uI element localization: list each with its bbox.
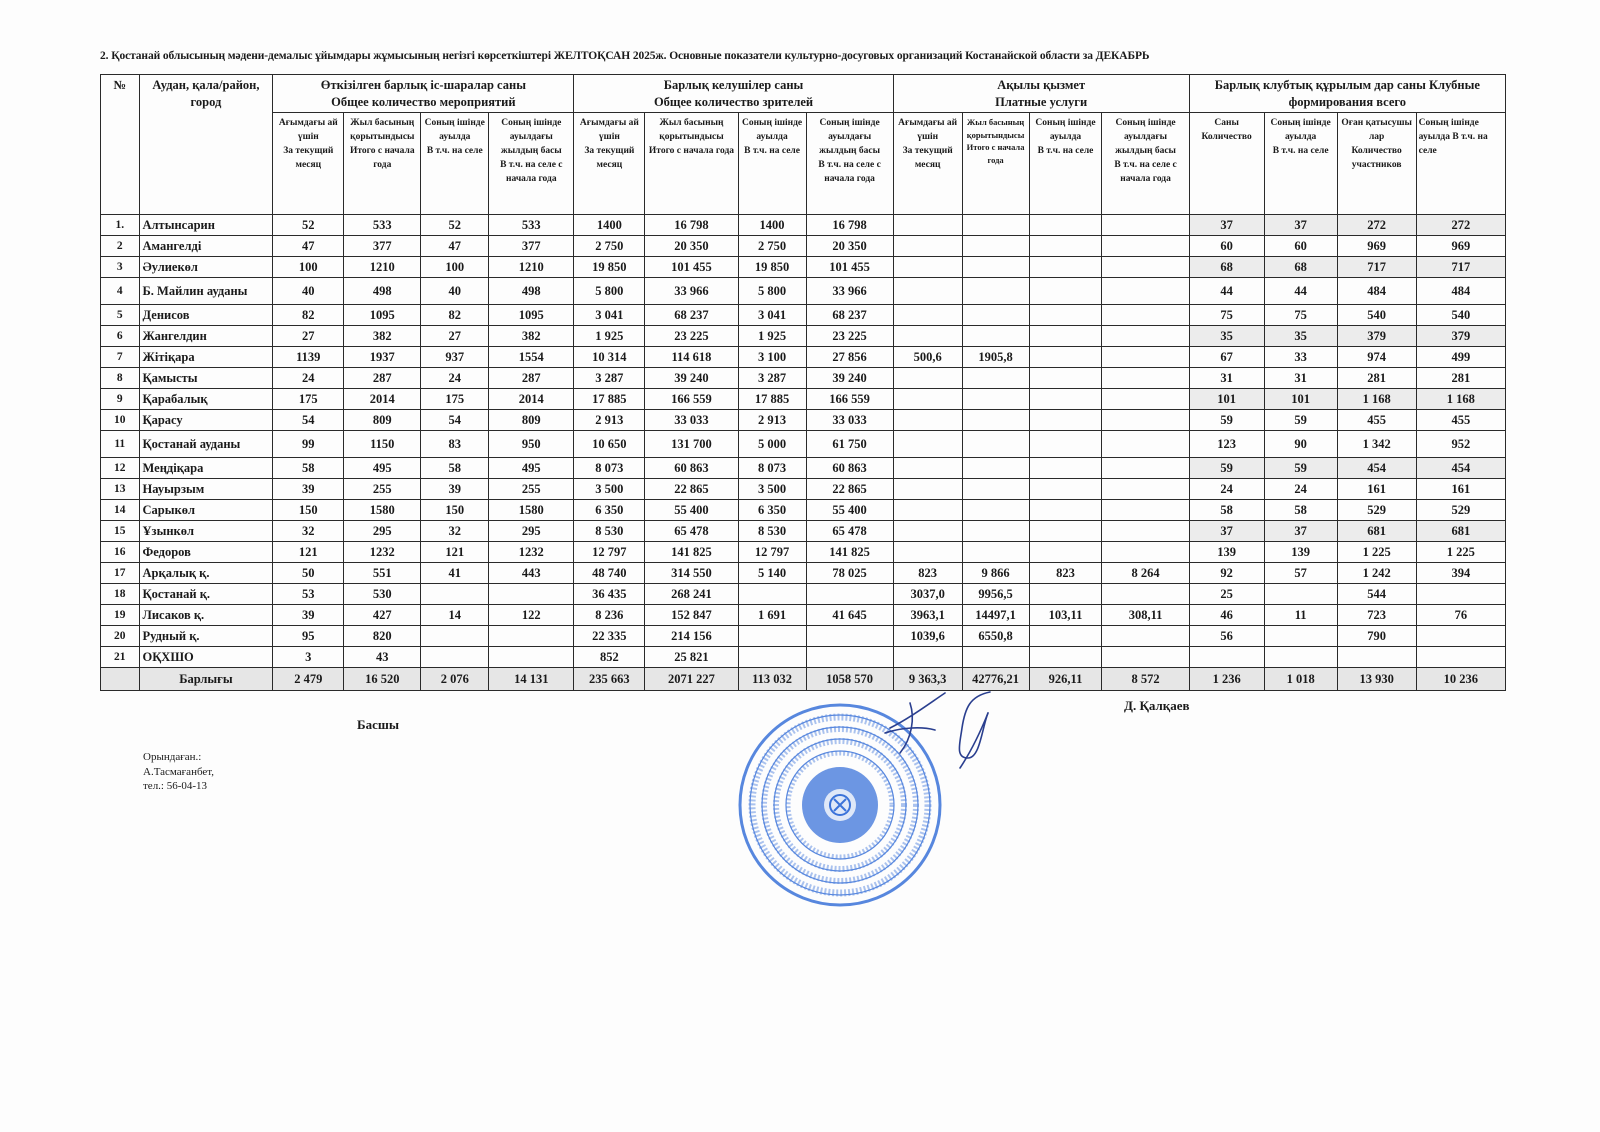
data-cell: 68 bbox=[1189, 257, 1264, 278]
data-cell: 3 500 bbox=[738, 479, 806, 500]
data-cell: 25 bbox=[1189, 584, 1264, 605]
data-cell bbox=[1029, 368, 1102, 389]
data-cell bbox=[893, 278, 962, 305]
row-number: 11 bbox=[101, 431, 140, 458]
indicators-table: № Аудан, қала/район, город Өткізілген ба… bbox=[100, 74, 1506, 691]
data-cell bbox=[738, 584, 806, 605]
data-cell bbox=[962, 215, 1029, 236]
data-cell: 3 041 bbox=[738, 305, 806, 326]
data-cell: 122 bbox=[489, 605, 574, 626]
data-cell: 3 287 bbox=[738, 368, 806, 389]
data-cell: 281 bbox=[1416, 368, 1505, 389]
total-row: Барлығы2 47916 5202 07614 131235 6632071… bbox=[101, 668, 1506, 691]
data-cell: 22 865 bbox=[806, 479, 893, 500]
data-cell: 1400 bbox=[738, 215, 806, 236]
data-cell: 455 bbox=[1337, 410, 1416, 431]
data-cell bbox=[1029, 278, 1102, 305]
data-cell: 61 750 bbox=[806, 431, 893, 458]
data-cell: 39 240 bbox=[806, 368, 893, 389]
data-cell bbox=[806, 626, 893, 647]
data-cell: 1139 bbox=[273, 347, 344, 368]
data-cell: 39 bbox=[273, 479, 344, 500]
col-no: № bbox=[101, 75, 140, 215]
data-cell: 10 650 bbox=[574, 431, 645, 458]
data-cell bbox=[1102, 626, 1189, 647]
col-clubs-rural: Соның ішінде ауылда В т.ч. на селе bbox=[1264, 113, 1337, 215]
data-cell bbox=[893, 458, 962, 479]
data-cell: 39 240 bbox=[645, 368, 738, 389]
data-cell: 2 750 bbox=[738, 236, 806, 257]
group-paid-services: Ақылы қызмет Платные услуги bbox=[893, 75, 1189, 113]
data-cell bbox=[1416, 626, 1505, 647]
data-cell: 20 350 bbox=[806, 236, 893, 257]
data-cell: 1095 bbox=[489, 305, 574, 326]
data-cell bbox=[1264, 584, 1337, 605]
data-cell bbox=[421, 647, 489, 668]
data-cell bbox=[806, 647, 893, 668]
row-number: 5 bbox=[101, 305, 140, 326]
table-row: 16Федоров1211232121123212 797141 82512 7… bbox=[101, 542, 1506, 563]
data-cell: 3 287 bbox=[574, 368, 645, 389]
data-cell bbox=[1029, 236, 1102, 257]
data-cell: 287 bbox=[344, 368, 421, 389]
data-cell: 54 bbox=[273, 410, 344, 431]
total-cell: 10 236 bbox=[1416, 668, 1505, 691]
data-cell: 33 966 bbox=[645, 278, 738, 305]
data-cell bbox=[489, 647, 574, 668]
data-cell bbox=[806, 584, 893, 605]
row-number: 3 bbox=[101, 257, 140, 278]
district-name: Арқалық қ. bbox=[139, 563, 273, 584]
row-number: 18 bbox=[101, 584, 140, 605]
data-cell: 974 bbox=[1337, 347, 1416, 368]
data-cell: 382 bbox=[489, 326, 574, 347]
data-cell: 268 241 bbox=[645, 584, 738, 605]
data-cell: 809 bbox=[344, 410, 421, 431]
data-cell bbox=[962, 368, 1029, 389]
data-cell: 950 bbox=[489, 431, 574, 458]
data-cell: 2014 bbox=[489, 389, 574, 410]
table-row: 14Сарыкөл150158015015806 35055 4006 3505… bbox=[101, 500, 1506, 521]
data-cell: 47 bbox=[421, 236, 489, 257]
data-cell: 377 bbox=[489, 236, 574, 257]
district-name: Қамысты bbox=[139, 368, 273, 389]
data-cell: 100 bbox=[273, 257, 344, 278]
data-cell bbox=[1029, 215, 1102, 236]
row-number: 2 bbox=[101, 236, 140, 257]
data-cell: 161 bbox=[1337, 479, 1416, 500]
data-cell: 16 798 bbox=[645, 215, 738, 236]
data-cell: 1095 bbox=[344, 305, 421, 326]
data-cell: 969 bbox=[1337, 236, 1416, 257]
data-cell: 25 821 bbox=[645, 647, 738, 668]
data-cell bbox=[489, 626, 574, 647]
data-cell bbox=[893, 410, 962, 431]
data-cell bbox=[962, 278, 1029, 305]
data-cell: 17 885 bbox=[574, 389, 645, 410]
data-cell bbox=[1029, 500, 1102, 521]
data-cell: 681 bbox=[1416, 521, 1505, 542]
district-name: ОҚХШО bbox=[139, 647, 273, 668]
data-cell: 5 800 bbox=[738, 278, 806, 305]
data-cell: 823 bbox=[893, 563, 962, 584]
data-cell: 11 bbox=[1264, 605, 1337, 626]
data-cell: 41 645 bbox=[806, 605, 893, 626]
data-cell: 60 863 bbox=[645, 458, 738, 479]
data-cell: 1232 bbox=[344, 542, 421, 563]
row-number: 21 bbox=[101, 647, 140, 668]
data-cell: 6550,8 bbox=[962, 626, 1029, 647]
data-cell bbox=[1102, 389, 1189, 410]
data-cell: 823 bbox=[1029, 563, 1102, 584]
row-number: 4 bbox=[101, 278, 140, 305]
data-cell: 101 bbox=[1264, 389, 1337, 410]
data-cell: 43 bbox=[344, 647, 421, 668]
data-cell: 19 850 bbox=[574, 257, 645, 278]
data-cell bbox=[893, 389, 962, 410]
data-cell bbox=[1102, 278, 1189, 305]
data-cell: 427 bbox=[344, 605, 421, 626]
data-cell: 150 bbox=[273, 500, 344, 521]
data-cell: 8 236 bbox=[574, 605, 645, 626]
data-cell: 23 225 bbox=[645, 326, 738, 347]
data-cell: 1 242 bbox=[1337, 563, 1416, 584]
data-cell bbox=[1416, 584, 1505, 605]
table-row: 7Жітіқара11391937937155410 314114 6183 1… bbox=[101, 347, 1506, 368]
data-cell bbox=[1029, 257, 1102, 278]
data-cell: 287 bbox=[489, 368, 574, 389]
table-row: 9Қарабалық1752014175201417 885166 55917 … bbox=[101, 389, 1506, 410]
data-cell: 82 bbox=[421, 305, 489, 326]
district-name: Меңдіқара bbox=[139, 458, 273, 479]
row-number: 17 bbox=[101, 563, 140, 584]
data-cell: 47 bbox=[273, 236, 344, 257]
table-row: 21ОҚХШО34385225 821 bbox=[101, 647, 1506, 668]
data-cell: 377 bbox=[344, 236, 421, 257]
data-cell bbox=[1102, 500, 1189, 521]
data-cell: 56 bbox=[1189, 626, 1264, 647]
data-cell: 59 bbox=[1189, 410, 1264, 431]
district-name: Қарасу bbox=[139, 410, 273, 431]
data-cell: 8 530 bbox=[738, 521, 806, 542]
data-cell bbox=[489, 584, 574, 605]
data-cell: 1 168 bbox=[1337, 389, 1416, 410]
data-cell: 175 bbox=[421, 389, 489, 410]
data-cell: 58 bbox=[421, 458, 489, 479]
district-name: Жітіқара bbox=[139, 347, 273, 368]
data-cell bbox=[1102, 347, 1189, 368]
data-cell bbox=[962, 326, 1029, 347]
data-cell bbox=[1416, 647, 1505, 668]
data-cell bbox=[893, 500, 962, 521]
data-cell: 24 bbox=[273, 368, 344, 389]
data-cell: 121 bbox=[421, 542, 489, 563]
data-cell bbox=[962, 410, 1029, 431]
row-number: 13 bbox=[101, 479, 140, 500]
row-number: 10 bbox=[101, 410, 140, 431]
col-events-rural-ytd: Соның ішінде ауылдағы жылдың басы В т.ч.… bbox=[489, 113, 574, 215]
data-cell: 100 bbox=[421, 257, 489, 278]
data-cell: 272 bbox=[1416, 215, 1505, 236]
total-cell: 13 930 bbox=[1337, 668, 1416, 691]
data-cell bbox=[893, 542, 962, 563]
table-row: 12Меңдіқара58495584958 07360 8638 07360 … bbox=[101, 458, 1506, 479]
data-cell bbox=[738, 626, 806, 647]
data-cell: 2014 bbox=[344, 389, 421, 410]
data-cell: 31 bbox=[1189, 368, 1264, 389]
col-visitors-month: Ағымдағы ай үшін За текущий месяц bbox=[574, 113, 645, 215]
data-cell: 131 700 bbox=[645, 431, 738, 458]
data-cell: 1554 bbox=[489, 347, 574, 368]
data-cell: 33 966 bbox=[806, 278, 893, 305]
data-cell: 529 bbox=[1337, 500, 1416, 521]
data-cell bbox=[1102, 368, 1189, 389]
data-cell: 32 bbox=[273, 521, 344, 542]
col-events-ytd: Жыл басының қорытындысы Итого с начала г… bbox=[344, 113, 421, 215]
data-cell bbox=[1102, 431, 1189, 458]
district-name: Әулиекөл bbox=[139, 257, 273, 278]
data-cell: 101 455 bbox=[806, 257, 893, 278]
data-cell: 139 bbox=[1264, 542, 1337, 563]
data-cell bbox=[893, 479, 962, 500]
data-cell: 281 bbox=[1337, 368, 1416, 389]
data-cell: 1232 bbox=[489, 542, 574, 563]
data-cell: 24 bbox=[1189, 479, 1264, 500]
table-row: 4Б. Майлин ауданы40498404985 80033 9665 … bbox=[101, 278, 1506, 305]
data-cell: 166 559 bbox=[806, 389, 893, 410]
data-cell: 3 bbox=[273, 647, 344, 668]
data-cell: 141 825 bbox=[645, 542, 738, 563]
data-cell bbox=[1029, 521, 1102, 542]
data-cell bbox=[421, 626, 489, 647]
data-cell bbox=[1102, 236, 1189, 257]
data-cell bbox=[893, 236, 962, 257]
data-cell: 3 100 bbox=[738, 347, 806, 368]
data-cell: 969 bbox=[1416, 236, 1505, 257]
data-cell: 166 559 bbox=[645, 389, 738, 410]
group-events: Өткізілген барлық іс-шаралар саны Общее … bbox=[273, 75, 574, 113]
data-cell: 498 bbox=[489, 278, 574, 305]
col-clubs-participants: Оған қатысушы лар Количество участников bbox=[1337, 113, 1416, 215]
table-row: 6Жангелдин27382273821 92523 2251 92523 2… bbox=[101, 326, 1506, 347]
data-cell: 27 856 bbox=[806, 347, 893, 368]
executor-block: Орындаған.: А.Тасмағанбет, тел.: 56-04-1… bbox=[143, 750, 214, 794]
total-cell: 926,11 bbox=[1029, 668, 1102, 691]
data-cell: 529 bbox=[1416, 500, 1505, 521]
col-district: Аудан, қала/район, город bbox=[139, 75, 273, 215]
data-cell: 5 140 bbox=[738, 563, 806, 584]
data-cell: 214 156 bbox=[645, 626, 738, 647]
data-cell: 60 863 bbox=[806, 458, 893, 479]
data-cell: 90 bbox=[1264, 431, 1337, 458]
data-cell bbox=[421, 584, 489, 605]
data-cell: 76 bbox=[1416, 605, 1505, 626]
data-cell bbox=[738, 647, 806, 668]
col-paid-month: Ағымдағы ай үшін За текущий месяц bbox=[893, 113, 962, 215]
data-cell: 308,11 bbox=[1102, 605, 1189, 626]
data-cell: 99 bbox=[273, 431, 344, 458]
data-cell bbox=[1102, 458, 1189, 479]
data-cell: 152 847 bbox=[645, 605, 738, 626]
data-cell bbox=[962, 500, 1029, 521]
data-cell: 41 bbox=[421, 563, 489, 584]
row-number: 8 bbox=[101, 368, 140, 389]
data-cell: 12 797 bbox=[574, 542, 645, 563]
data-cell: 2 913 bbox=[738, 410, 806, 431]
data-cell bbox=[962, 431, 1029, 458]
data-cell: 60 bbox=[1264, 236, 1337, 257]
data-cell bbox=[1264, 647, 1337, 668]
data-cell: 1 342 bbox=[1337, 431, 1416, 458]
total-cell: 2071 227 bbox=[645, 668, 738, 691]
data-cell bbox=[1102, 257, 1189, 278]
data-cell: 9956,5 bbox=[962, 584, 1029, 605]
data-cell: 68 237 bbox=[645, 305, 738, 326]
table-row: 3Әулиекөл1001210100121019 850101 45519 8… bbox=[101, 257, 1506, 278]
table-row: 18Қостанай қ.5353036 435268 2413037,0995… bbox=[101, 584, 1506, 605]
group-visitors: Барлық келушілер саны Общее количество з… bbox=[574, 75, 893, 113]
total-cell: 235 663 bbox=[574, 668, 645, 691]
col-clubs-participants-rural: Соның ішінде ауылда В т.ч. на селе bbox=[1416, 113, 1505, 215]
district-name: Алтынсарин bbox=[139, 215, 273, 236]
data-cell bbox=[962, 389, 1029, 410]
data-cell: 44 bbox=[1189, 278, 1264, 305]
data-cell: 37 bbox=[1264, 521, 1337, 542]
data-cell: 379 bbox=[1337, 326, 1416, 347]
table-row: 20Рудный қ.9582022 335214 1561039,66550,… bbox=[101, 626, 1506, 647]
data-cell bbox=[962, 236, 1029, 257]
data-cell: 551 bbox=[344, 563, 421, 584]
data-cell: 484 bbox=[1337, 278, 1416, 305]
col-visitors-ytd: Жыл басының қорытындысы Итого с начала г… bbox=[645, 113, 738, 215]
data-cell: 59 bbox=[1189, 458, 1264, 479]
group-club-formations: Барлық клубтық құрылым дар саны Клубные … bbox=[1189, 75, 1505, 113]
table-row: 15Ұзынкөл32295322958 53065 4788 53065 47… bbox=[101, 521, 1506, 542]
data-cell: 952 bbox=[1416, 431, 1505, 458]
data-cell: 3037,0 bbox=[893, 584, 962, 605]
data-cell: 314 550 bbox=[645, 563, 738, 584]
data-cell: 454 bbox=[1337, 458, 1416, 479]
data-cell: 36 435 bbox=[574, 584, 645, 605]
data-cell bbox=[962, 257, 1029, 278]
data-cell: 495 bbox=[344, 458, 421, 479]
data-cell bbox=[1029, 584, 1102, 605]
data-cell bbox=[1102, 647, 1189, 668]
district-name: Амангелді bbox=[139, 236, 273, 257]
row-number: 20 bbox=[101, 626, 140, 647]
col-events-month: Ағымдағы ай үшін За текущий месяц bbox=[273, 113, 344, 215]
data-cell: 3 041 bbox=[574, 305, 645, 326]
col-visitors-rural: Соның ішінде ауылда В т.ч. на селе bbox=[738, 113, 806, 215]
data-cell bbox=[1102, 410, 1189, 431]
data-cell: 499 bbox=[1416, 347, 1505, 368]
data-cell: 1 691 bbox=[738, 605, 806, 626]
data-cell bbox=[962, 305, 1029, 326]
head-label: Басшы bbox=[357, 717, 399, 733]
data-cell: 533 bbox=[344, 215, 421, 236]
data-cell: 717 bbox=[1416, 257, 1505, 278]
district-name: Қостанай қ. bbox=[139, 584, 273, 605]
data-cell: 57 bbox=[1264, 563, 1337, 584]
executor-phone: тел.: 56-04-13 bbox=[143, 779, 214, 794]
data-cell bbox=[1029, 389, 1102, 410]
data-cell: 16 798 bbox=[806, 215, 893, 236]
data-cell: 59 bbox=[1264, 458, 1337, 479]
col-events-rural: Соның ішінде ауылда В т.ч. на селе bbox=[421, 113, 489, 215]
data-cell: 54 bbox=[421, 410, 489, 431]
data-cell: 3963,1 bbox=[893, 605, 962, 626]
data-cell: 5 000 bbox=[738, 431, 806, 458]
data-cell: 59 bbox=[1264, 410, 1337, 431]
total-label: Барлығы bbox=[139, 668, 273, 691]
data-cell: 1905,8 bbox=[962, 347, 1029, 368]
data-cell: 75 bbox=[1189, 305, 1264, 326]
data-cell: 68 237 bbox=[806, 305, 893, 326]
data-cell: 50 bbox=[273, 563, 344, 584]
data-cell: 44 bbox=[1264, 278, 1337, 305]
data-cell: 58 bbox=[1189, 500, 1264, 521]
data-cell: 5 800 bbox=[574, 278, 645, 305]
data-cell: 484 bbox=[1416, 278, 1505, 305]
data-cell: 52 bbox=[421, 215, 489, 236]
data-cell bbox=[962, 479, 1029, 500]
district-name: Федоров bbox=[139, 542, 273, 563]
data-cell: 295 bbox=[344, 521, 421, 542]
data-cell: 1 225 bbox=[1337, 542, 1416, 563]
data-cell: 1580 bbox=[489, 500, 574, 521]
data-cell bbox=[1102, 542, 1189, 563]
data-cell bbox=[1102, 326, 1189, 347]
data-cell: 35 bbox=[1189, 326, 1264, 347]
data-cell: 121 bbox=[273, 542, 344, 563]
data-cell: 382 bbox=[344, 326, 421, 347]
data-cell bbox=[1029, 410, 1102, 431]
data-cell bbox=[1102, 521, 1189, 542]
total-cell: 1 236 bbox=[1189, 668, 1264, 691]
data-cell: 820 bbox=[344, 626, 421, 647]
row-number: 9 bbox=[101, 389, 140, 410]
data-cell: 14 bbox=[421, 605, 489, 626]
row-number: 12 bbox=[101, 458, 140, 479]
data-cell bbox=[893, 215, 962, 236]
data-cell: 46 bbox=[1189, 605, 1264, 626]
row-number: 1. bbox=[101, 215, 140, 236]
data-cell: 533 bbox=[489, 215, 574, 236]
data-cell bbox=[1029, 326, 1102, 347]
data-cell: 33 033 bbox=[645, 410, 738, 431]
data-cell: 55 400 bbox=[806, 500, 893, 521]
data-cell: 139 bbox=[1189, 542, 1264, 563]
table-row: 19Лисаков қ.39427141228 236152 8471 6914… bbox=[101, 605, 1506, 626]
data-cell: 17 885 bbox=[738, 389, 806, 410]
data-cell: 272 bbox=[1337, 215, 1416, 236]
data-cell: 19 850 bbox=[738, 257, 806, 278]
signatory-name: Д. Қалқаев bbox=[1124, 698, 1190, 714]
data-cell: 58 bbox=[273, 458, 344, 479]
total-cell: 113 032 bbox=[738, 668, 806, 691]
data-cell: 23 225 bbox=[806, 326, 893, 347]
data-cell: 937 bbox=[421, 347, 489, 368]
data-cell: 53 bbox=[273, 584, 344, 605]
data-cell: 681 bbox=[1337, 521, 1416, 542]
col-visitors-rural-ytd: Соның ішінде ауылдағы жылдың басы В т.ч.… bbox=[806, 113, 893, 215]
data-cell: 1 168 bbox=[1416, 389, 1505, 410]
data-cell: 790 bbox=[1337, 626, 1416, 647]
data-cell: 3 500 bbox=[574, 479, 645, 500]
data-cell: 68 bbox=[1264, 257, 1337, 278]
data-cell: 1 925 bbox=[574, 326, 645, 347]
data-cell: 20 350 bbox=[645, 236, 738, 257]
